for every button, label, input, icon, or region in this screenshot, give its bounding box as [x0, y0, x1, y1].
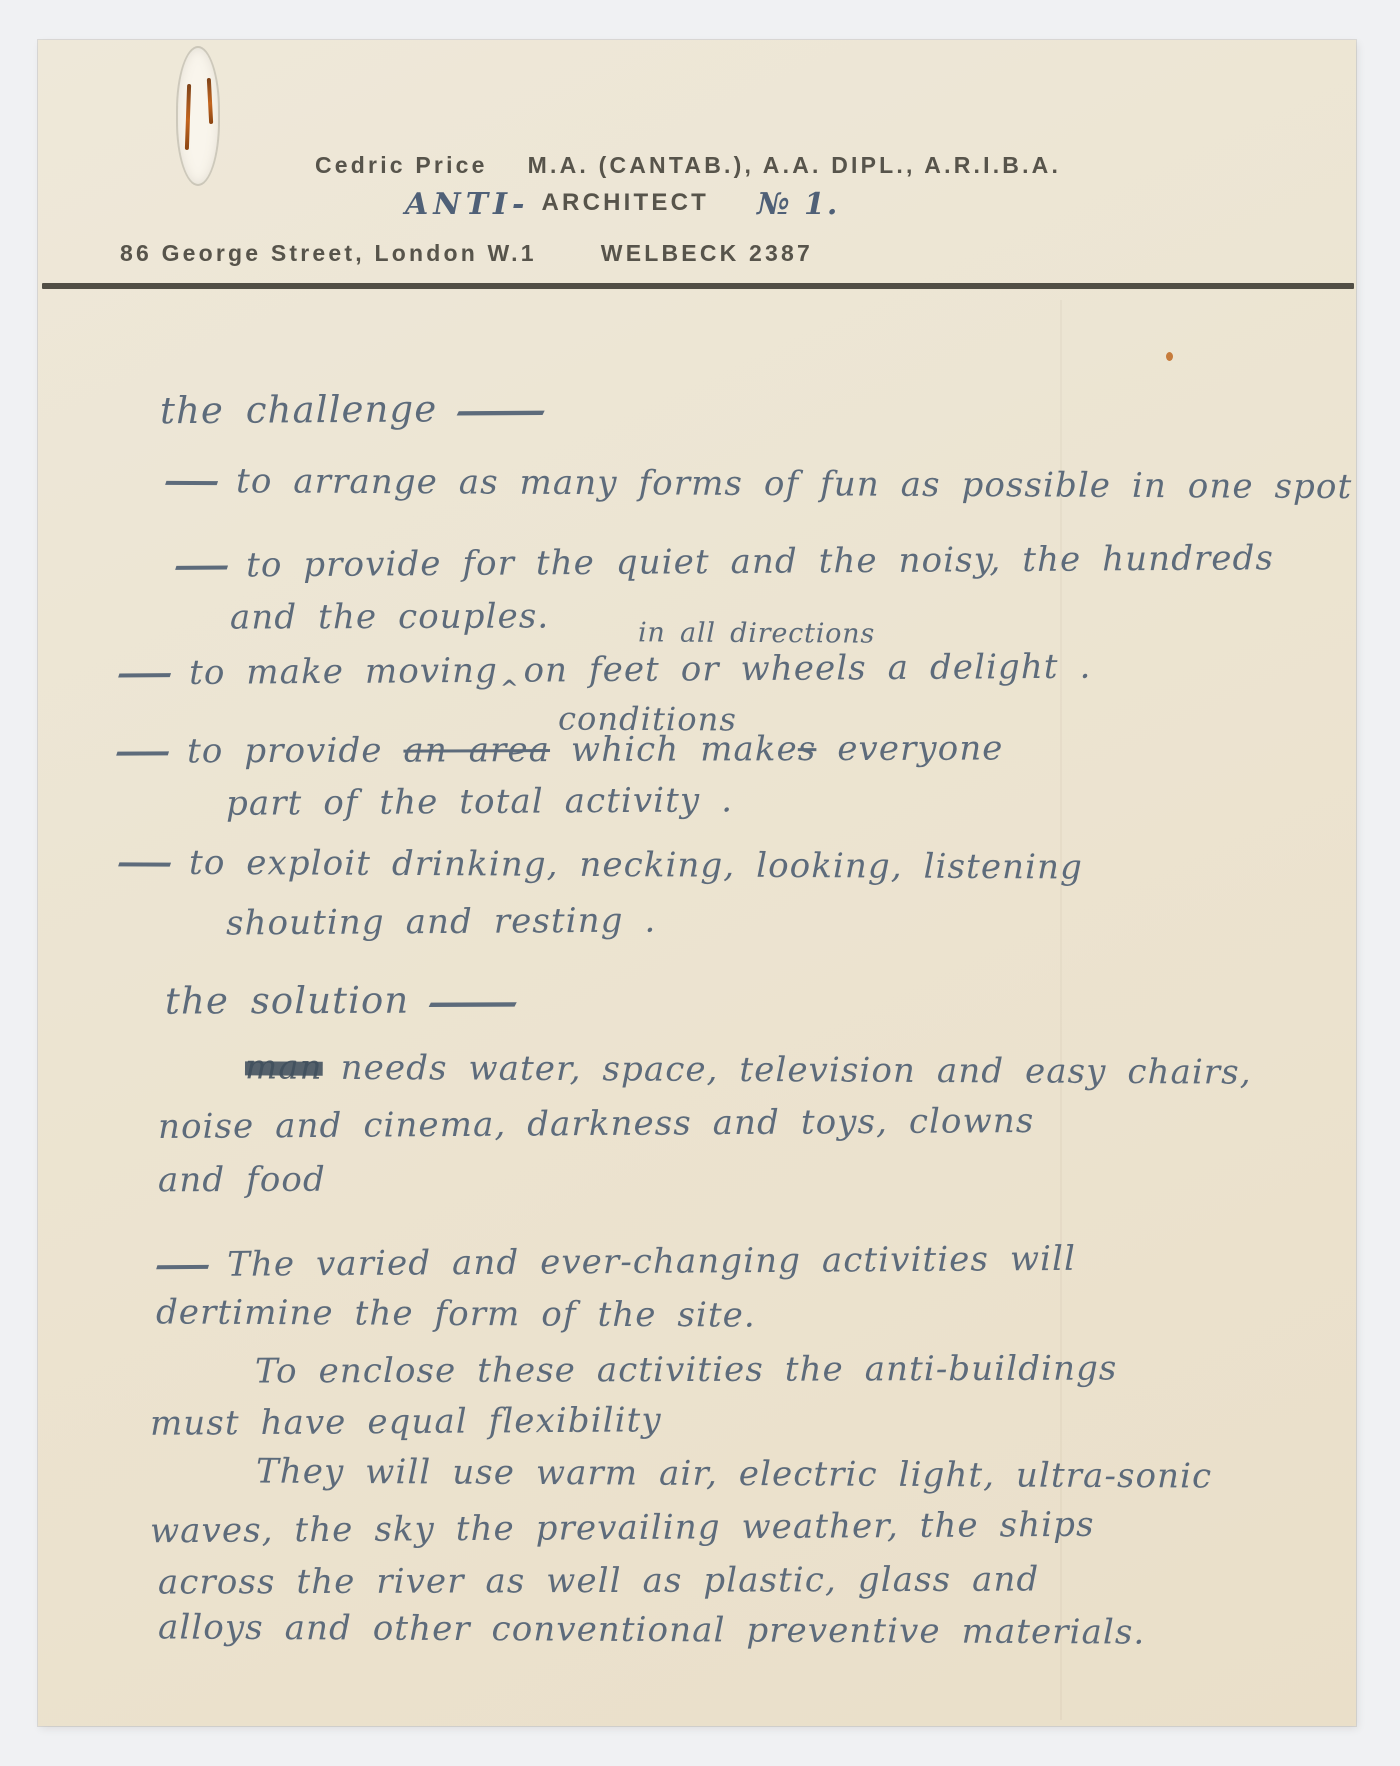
letterhead-name: Cedric Price: [315, 152, 488, 178]
paragraph-3-line-4: alloys and other conventional preventive…: [158, 1607, 1146, 1652]
paragraph-3-text-4: alloys and other conventional preventive…: [158, 1607, 1146, 1652]
bullet-marker: —: [114, 731, 174, 771]
letterhead-address: 86 George Street, London W.1: [120, 240, 537, 266]
bullet-1: —to arrange as many forms of fun as poss…: [175, 461, 1353, 507]
bullet-2-text2: and the couples.: [230, 596, 549, 637]
paperclip-impression: [176, 46, 220, 186]
bullet-4-continuation: part of the total activity .: [226, 780, 733, 824]
bullet-5: —to exploit drinking, necking, looking, …: [128, 843, 1083, 888]
paragraph-1-text-1: The varied and ever-changing activities …: [227, 1239, 1076, 1285]
bullet-2: —to provide for the quiet and the noisy,…: [185, 538, 1274, 586]
paperclip-rust-mark: [150, 40, 242, 198]
letterhead-role: ARCHITECT: [542, 189, 709, 216]
rust-speck: [1166, 352, 1173, 361]
insertion-text: in all directions: [638, 617, 875, 649]
bullet-5-text2: shouting and resting .: [226, 900, 657, 943]
paragraph-3-text-3: across the river as well as plastic, gla…: [158, 1559, 1039, 1602]
solution-heading: the solution—: [165, 977, 494, 1022]
bullet-4-mid: which make: [571, 729, 798, 770]
bullet-4-pre: to provide: [187, 731, 383, 772]
solution-heading-text: the solution: [165, 979, 409, 1023]
letterhead-credentials: M.A. (CANTAB.), A.A. DIPL., A.R.I.B.A.: [528, 152, 1061, 178]
bullet-1-text: to arrange as many forms of fun as possi…: [236, 461, 1352, 507]
bullet-3-pre: to make moving: [189, 651, 498, 693]
insertion-in-all-directions: in all directions: [638, 617, 875, 649]
paragraph-2-line-1: To enclose these activities the anti-bui…: [255, 1348, 1118, 1391]
needs-text-3: and food: [158, 1160, 326, 1201]
bullet-4-post: everyone: [837, 728, 1003, 769]
paragraph-2-text-1: To enclose these activities the anti-bui…: [255, 1348, 1118, 1391]
paragraph-3-line-2: waves, the sky the prevailing weather, t…: [150, 1505, 1095, 1552]
needs-text-1: needs water, space, television and easy …: [341, 1048, 1252, 1093]
paragraph-dash: —: [154, 1245, 214, 1285]
letterhead-line-3: 86 George Street, London W.1WELBECK 2387: [120, 240, 813, 267]
solution-needs-line-3: and food: [158, 1160, 326, 1201]
bullet-marker: —: [163, 461, 223, 501]
paragraph-3-text-2: waves, the sky the prevailing weather, t…: [150, 1505, 1095, 1552]
paragraph-3-text-1: They will use warm air, electric light, …: [256, 1451, 1212, 1496]
bullet-5-continuation: shouting and resting .: [226, 900, 657, 943]
letterhead-line-1: Cedric PriceM.A. (CANTAB.), A.A. DIPL., …: [315, 152, 1061, 179]
insertion-caret: ^: [500, 676, 520, 702]
bullet-3-post: on feet or wheels a delight .: [523, 647, 1091, 691]
paragraph-1-line-1: —The varied and ever-changing activities…: [166, 1239, 1076, 1285]
paragraph-2-text-2: must have equal flexibility: [150, 1400, 662, 1444]
paragraph-2-line-2: must have equal flexibility: [150, 1400, 662, 1444]
challenge-heading: the challenge—: [160, 386, 522, 433]
struck-out-letter: s: [798, 729, 817, 769]
bullet-4: —to provide an area which makes everyone: [126, 728, 1004, 771]
needs-text-2: noise and cinema, darkness and toys, clo…: [158, 1101, 1035, 1147]
struck-out-text: an area: [403, 730, 550, 771]
bullet-3: —to make moving^on feet or wheels a deli…: [128, 647, 1092, 694]
paragraph-3-line-3: across the river as well as plastic, gla…: [158, 1559, 1039, 1602]
handwritten-anti-prefix: ANTI-: [405, 187, 530, 222]
scribbled-out-word: man: [245, 1047, 323, 1087]
paragraph-1-line-2: dertimine the form of the site.: [156, 1292, 756, 1335]
heading-dash: —: [425, 979, 524, 1023]
document-page: Cedric PriceM.A. (CANTAB.), A.A. DIPL., …: [38, 40, 1356, 1726]
bullet-marker: —: [116, 653, 176, 693]
solution-needs-line-2: noise and cinema, darkness and toys, clo…: [158, 1101, 1035, 1147]
paragraph-3-line-1: They will use warm air, electric light, …: [256, 1451, 1212, 1496]
bullet-2-text: to provide for the quiet and the noisy, …: [246, 538, 1274, 585]
bullet-marker: —: [173, 545, 233, 585]
paragraph-1-text-2: dertimine the form of the site.: [156, 1292, 756, 1335]
letterhead-line-2: ANTI-ARCHITECT№ 1.: [405, 187, 839, 222]
bullet-4-text2: part of the total activity .: [226, 780, 733, 824]
solution-needs-line-1: manneeds water, space, television and ea…: [245, 1047, 1252, 1092]
bullet-marker: —: [116, 842, 176, 882]
bullet-2-continuation: and the couples.: [230, 596, 549, 637]
challenge-heading-text: the challenge: [160, 387, 438, 432]
bullet-5-text: to exploit drinking, necking, looking, l…: [189, 843, 1083, 888]
handwritten-number: № 1.: [757, 187, 839, 222]
letterhead-rule: [42, 283, 1354, 289]
heading-dash: —: [453, 388, 552, 433]
letterhead-telephone: WELBECK 2387: [601, 240, 813, 266]
